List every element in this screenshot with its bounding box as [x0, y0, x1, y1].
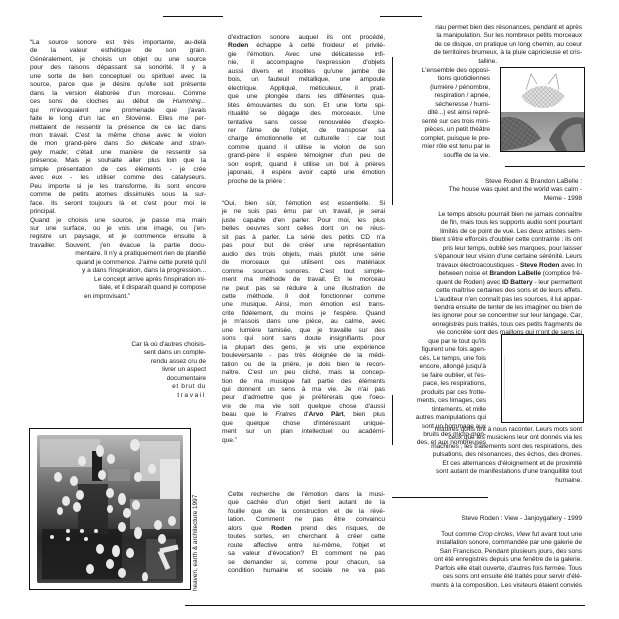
review1-separator-rule — [505, 166, 585, 167]
artwork-image — [29, 428, 191, 590]
col2-quote: “Oui, bien sûr, l'émotion est essentiell… — [222, 200, 385, 445]
name-roden: Roden — [228, 42, 248, 49]
review2-separator-rule — [392, 497, 488, 498]
blank-image-frame — [501, 334, 584, 423]
artwork-caption: heaven, earth & architecture 1997 — [192, 495, 199, 591]
col2-para1: d'extraction sonore auquel ils ont procé… — [228, 34, 385, 186]
italic-title-view: View — [516, 531, 530, 538]
italic-title-fratres: Fratres — [275, 411, 296, 418]
column-divider-top — [392, 57, 393, 205]
italic-title-crop-circles: Crop circles — [478, 531, 512, 538]
review1-tail: histoires qu'ils ont à nous raconter. Le… — [398, 426, 582, 485]
name-arvo-part: Arvo Pärt — [309, 411, 344, 418]
col3-top: riau permet bien des résonances, pendant… — [400, 24, 582, 66]
image-placeholder — [504, 355, 505, 400]
wireframe-image — [500, 67, 585, 152]
column-divider-bottom — [392, 395, 393, 445]
italic-title-so-delicate: So delicate and stran- — [126, 140, 206, 147]
top-right-rule — [380, 16, 422, 17]
italic-title-humming: Humming... — [173, 98, 206, 105]
wireframe-render-illustration — [501, 68, 584, 151]
col1-pullout: Car là où d'autres choisis- sent dans un… — [80, 341, 206, 400]
review2-body: Tout comme Crop circles, View fut avant … — [398, 531, 582, 590]
top-left-rule — [163, 16, 223, 17]
bottom-rule — [185, 605, 585, 606]
review2-heading: Steve Roden : View - Janjoygallery - 199… — [400, 515, 582, 523]
review1-heading: Steve Roden & Brandon LaBelle : The hous… — [400, 178, 582, 203]
review1-body: Le temps absolu pourrait bien ne jamais … — [398, 211, 582, 338]
col1-quote: “La source sonore est très importante, a… — [30, 39, 206, 301]
col2-para2: Cette recherche de l'émotion dans la mus… — [228, 491, 385, 576]
line-with-italic-title: ces sons de cloches au début de Humming.… — [30, 98, 206, 106]
col3-wrap-text: L'ensemble des opposi- tions quotidienne… — [400, 67, 490, 160]
abstract-painting-illustration — [30, 429, 190, 589]
